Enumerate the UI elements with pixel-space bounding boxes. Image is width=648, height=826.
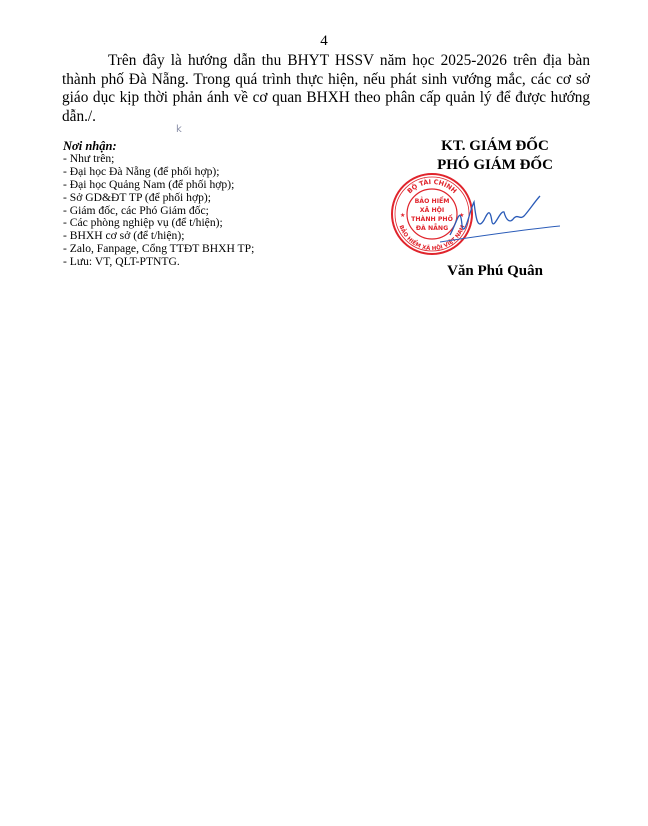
recipient-item: - Đại học Quảng Nam (để phối hợp); — [63, 179, 363, 192]
recipient-item: - Như trên; — [63, 153, 363, 166]
signature-title-line1: KT. GIÁM ĐỐC — [395, 137, 595, 156]
handwritten-signature-icon — [440, 190, 560, 250]
signature-title-block: KT. GIÁM ĐỐC PHÓ GIÁM ĐỐC — [395, 137, 595, 175]
signer-name: Văn Phú Quân — [395, 263, 595, 280]
body-paragraph: Trên đây là hướng dẫn thu BHYT HSSV năm … — [62, 52, 590, 126]
recipient-item: - Lưu: VT, QLT-PTNTG. — [63, 256, 363, 269]
page-number: 4 — [0, 33, 648, 50]
recipient-item: - Đại học Đà Nẵng (để phối hợp); — [63, 166, 363, 179]
recipients-list: Nơi nhận: - Như trên; - Đại học Đà Nẵng … — [63, 140, 363, 269]
svg-text:★: ★ — [400, 212, 405, 219]
handwritten-mark: k — [176, 124, 182, 135]
recipient-item: - Sở GD&ĐT TP (để phối hợp); — [63, 192, 363, 205]
recipients-heading: Nơi nhận: — [63, 140, 363, 153]
